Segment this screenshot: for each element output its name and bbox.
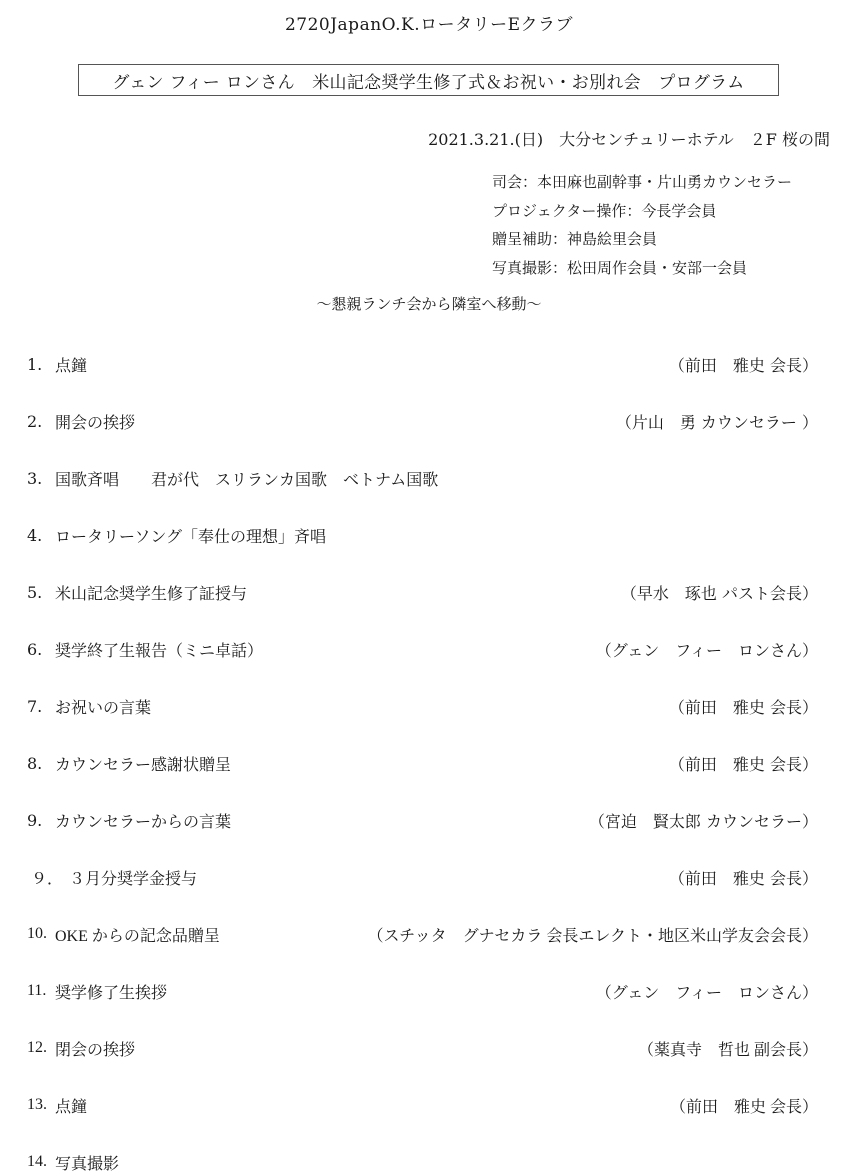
agenda-number: 8.	[27, 754, 55, 773]
agenda-presenter: （早水 琢也 パスト会長）	[621, 581, 818, 604]
transition-note: 〜懇親ランチ会から隣室へ移動〜	[0, 293, 858, 314]
agenda-number: 10.	[27, 925, 55, 943]
organization-title: 2720JapanO.K.ロータリーEクラブ	[0, 10, 858, 35]
agenda-number: 14.	[27, 1153, 55, 1171]
agenda-item: 2. 開会の挨拶 （片山 勇 カウンセラー ）	[27, 407, 818, 435]
agenda-label: お祝いの言葉	[55, 695, 151, 718]
agenda-presenter: （前田 雅史 会長）	[669, 866, 818, 889]
agenda-label: 米山記念奨学生修了証授与	[55, 581, 247, 604]
agenda-presenter: （グェン フィー ロンさん）	[596, 638, 818, 661]
agenda-item: 6. 奨学終了生報告（ミニ卓話） （グェン フィー ロンさん）	[27, 635, 818, 663]
agenda-label: 開会の挨拶	[55, 410, 135, 433]
agenda-label: カウンセラー感謝状贈呈	[55, 752, 231, 775]
agenda-label: ３月分奨学金授与	[69, 866, 197, 889]
agenda-number: 2.	[27, 412, 55, 431]
agenda-presenter: （前田 雅史 会長）	[670, 1094, 818, 1117]
agenda-item: 11. 奨学修了生挨拶 （グェン フィー ロンさん）	[27, 977, 818, 1005]
agenda-number: 3.	[27, 469, 55, 488]
agenda-number: 1.	[27, 355, 55, 374]
agenda-number: 13.	[27, 1096, 55, 1114]
agenda-item: 5. 米山記念奨学生修了証授与 （早水 琢也 パスト会長）	[27, 578, 818, 606]
agenda-item: ９． ３月分奨学金授与 （前田 雅史 会長）	[31, 863, 818, 891]
agenda-item: 12. 閉会の挨拶 （薬真寺 哲也 副会長）	[27, 1034, 818, 1062]
agenda-label: OKE からの記念品贈呈	[55, 923, 220, 946]
agenda-item: 4. ロータリーソング「奉仕の理想」斉唱	[27, 521, 818, 549]
agenda-number: ９．	[31, 866, 63, 889]
agenda-item: 1. 点鐘 （前田 雅史 会長）	[27, 350, 818, 378]
agenda-number: 4.	[27, 526, 55, 545]
agenda-number: 12.	[27, 1039, 55, 1057]
staff-photography: 写真撮影：松田周作会員・安部一会員	[492, 254, 792, 283]
agenda-label: カウンセラーからの言葉	[55, 809, 231, 832]
staff-projector: プロジェクター操作：今長学会員	[492, 197, 792, 226]
agenda-label: ロータリーソング「奉仕の理想」斉唱	[55, 524, 326, 547]
agenda-number: 5.	[27, 583, 55, 602]
agenda-item: 3. 国歌斉唱 君が代 スリランカ国歌 ベトナム国歌	[27, 464, 818, 492]
agenda-label: 点鐘	[55, 353, 87, 376]
agenda-number: 9.	[27, 811, 55, 830]
staff-presentation-assist: 贈呈補助：神島絵里会員	[492, 225, 792, 254]
agenda-presenter: （片山 勇 カウンセラー ）	[616, 410, 818, 433]
agenda-item: 7. お祝いの言葉 （前田 雅史 会長）	[27, 692, 818, 720]
agenda-presenter: （前田 雅史 会長）	[669, 695, 818, 718]
agenda-item: 10. OKE からの記念品贈呈 （スチッタ グナセカラ 会長エレクト・地区米山…	[27, 920, 818, 948]
agenda-label: 国歌斉唱 君が代 スリランカ国歌 ベトナム国歌	[55, 467, 438, 490]
program-title-box: グェン フィー ロンさん 米山記念奨学生修了式＆お祝い・お別れ会 プログラム	[78, 64, 779, 96]
staff-list: 司会：本田麻也副幹事・片山勇カウンセラー プロジェクター操作：今長学会員 贈呈補…	[492, 168, 792, 282]
agenda-item: 13. 点鐘 （前田 雅史 会長）	[27, 1091, 818, 1119]
agenda-number: 6.	[27, 640, 55, 659]
agenda-item: 9. カウンセラーからの言葉 （宮迫 賢太郎 カウンセラー）	[27, 806, 818, 834]
agenda-presenter: （宮迫 賢太郎 カウンセラー）	[589, 809, 818, 832]
staff-emcee: 司会：本田麻也副幹事・片山勇カウンセラー	[492, 168, 792, 197]
agenda-label: 点鐘	[55, 1094, 87, 1117]
agenda-presenter: （スチッタ グナセカラ 会長エレクト・地区米山学友会会長）	[367, 923, 818, 946]
agenda-label: 閉会の挨拶	[55, 1037, 135, 1060]
agenda-presenter: （前田 雅史 会長）	[669, 752, 818, 775]
event-date-venue: 2021.3.21.(日) 大分センチュリーホテル ２F 桜の間	[428, 127, 830, 150]
agenda-label: 奨学終了生報告（ミニ卓話）	[55, 638, 263, 661]
agenda-item: 8. カウンセラー感謝状贈呈 （前田 雅史 会長）	[27, 749, 818, 777]
agenda-number: 11.	[27, 982, 55, 1000]
agenda-presenter: （薬真寺 哲也 副会長）	[638, 1037, 818, 1060]
agenda-label: 奨学修了生挨拶	[55, 980, 167, 1003]
program-title: グェン フィー ロンさん 米山記念奨学生修了式＆お祝い・お別れ会 プログラム	[112, 68, 744, 93]
agenda-presenter: （前田 雅史 会長）	[669, 353, 818, 376]
agenda-number: 7.	[27, 697, 55, 716]
agenda-label: 写真撮影	[55, 1151, 119, 1174]
agenda-item: 14. 写真撮影	[27, 1148, 818, 1175]
agenda-presenter: （グェン フィー ロンさん）	[596, 980, 818, 1003]
